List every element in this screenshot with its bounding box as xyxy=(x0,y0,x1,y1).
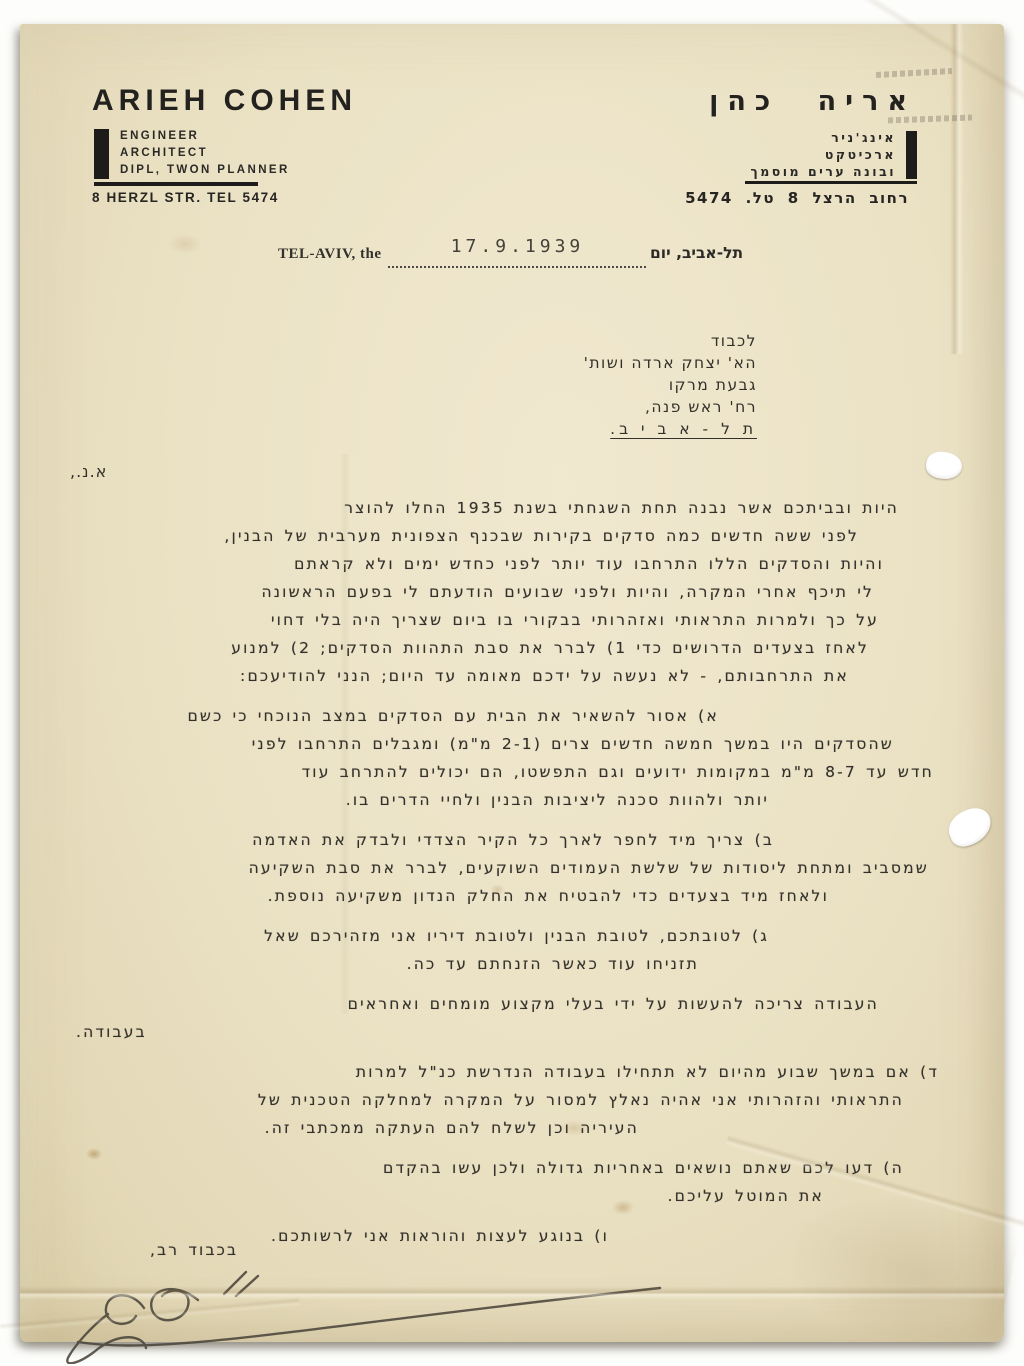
stain-spot xyxy=(612,1200,634,1215)
letterhead-en-accent-bar xyxy=(94,129,109,179)
body-line: העיריה וכן לשלח להם העתקה ממכתבי זה. xyxy=(72,1114,944,1142)
body-line: לאחז בצעדים הדרושים כדי 1) לברר את סבת ה… xyxy=(72,634,944,662)
body-line: העבודה צריכה להעשות על ידי בעלי מקצוע מו… xyxy=(72,990,944,1018)
letterhead-he-title-line: ובונה ערים מוסמך xyxy=(751,163,897,180)
body-line-section-a: א) אסור להשאיר את הבית עם הסדקים במצב הנ… xyxy=(72,702,944,730)
recipient-line: רח' ראש פנה, xyxy=(427,396,757,418)
recipient-city: ת ל - א ב י ב. xyxy=(427,418,757,440)
letterhead-en-name: ARIEH COHEN xyxy=(92,84,357,118)
body-line-section-d: ד) אם במשך שבוע מהיום לא תתחילו בעבודה ה… xyxy=(72,1058,944,1086)
stain-spot xyxy=(490,884,505,895)
scanned-letter-page: { "letterhead_en": { "name": "ARIEH COHE… xyxy=(0,0,1024,1366)
letterhead-en-title-line: DIPL, TWON PLANNER xyxy=(120,162,290,179)
stain-spot xyxy=(168,234,202,254)
letter-paper: ARIEH COHEN ENGINEER ARCHITECT DIPL, TWO… xyxy=(20,24,1004,1342)
letterhead-en-title-line: ARCHITECT xyxy=(120,145,290,162)
letterhead-en-title-line: ENGINEER xyxy=(120,128,290,145)
body-line: היות ובביתכם אשר נבנה תחת השגחתי בשנת 19… xyxy=(72,494,944,522)
body-line: שמסביב ומתחת ליסודות של שלשת העמודים השו… xyxy=(72,854,944,882)
body-line: ולאחז מיד בצעדים כדי להבטיח את החלק הנדו… xyxy=(72,882,944,910)
letterhead-he-accent-bar xyxy=(906,131,917,179)
wrinkle-shading xyxy=(767,1172,1023,1366)
stain-spot xyxy=(560,1120,588,1136)
body-line: תזניחו עוד כאשר הזנחתם עד כה. xyxy=(72,950,944,978)
letterhead-he-title-line: ארכיטקט xyxy=(751,146,897,163)
pencil-mark xyxy=(876,68,952,78)
dateline-prefix-en: TEL-AVIV, the xyxy=(278,246,381,263)
recipient-line: גבעת מרקו xyxy=(427,374,757,396)
letter-body: היות ובביתכם אשר נבנה תחת השגחתי בשנת 19… xyxy=(72,494,944,1264)
letterhead-en-titles: ENGINEER ARCHITECT DIPL, TWON PLANNER xyxy=(120,128,290,179)
body-line: והיות והסדקים הללו התרחבו עוד יותר לפני … xyxy=(72,550,944,578)
letterhead-he-address: רחוב הרצל 8 טל. 5474 xyxy=(685,189,909,207)
body-line: בעבודה. xyxy=(72,1018,944,1046)
handwritten-signature xyxy=(48,1260,688,1364)
paper-tear xyxy=(924,450,963,482)
letterhead-he-name: אריה כהן xyxy=(709,86,916,117)
body-line-section-c: ג) לטובתכם, לטובת הבנין ולטובת דיריו אני… xyxy=(72,922,944,950)
body-line: על כך ולמרות התראותי ואזהרותי בבקורי בו … xyxy=(72,606,944,634)
body-line: התראותי והזהרותי אני אהיה נאלץ למסור על … xyxy=(72,1086,944,1114)
body-line: שהסדקים היו במשך חמשה חדשים צרים (2-1 מ"… xyxy=(72,730,944,758)
letterhead-en-address: 8 HERZL STR. TEL 5474 xyxy=(92,190,279,205)
letterhead-he-rule xyxy=(745,181,917,184)
body-line: לי תיכף אחרי המקרה, והיות ולפני שבועים ה… xyxy=(72,578,944,606)
body-line: לפני ששה חדשים כמה סדקים בקירות שבכנף הצ… xyxy=(72,522,944,550)
recipient-line: לכבוד xyxy=(427,330,757,352)
greeting: א.נ., xyxy=(70,462,107,481)
letterhead-he-titles: אינג'ניר ארכיטקט ובונה ערים מוסמך xyxy=(751,129,897,180)
stain-spot xyxy=(86,1148,102,1160)
body-line-section-b: ב) צריך מיד לחפר לארך כל הקיר הצדדי ולבד… xyxy=(72,826,944,854)
body-line: חדש עד 8-7 מ"מ במקומות ידועים וגם התפשטו… xyxy=(72,758,944,786)
letterhead-he-title-line: אינג'ניר xyxy=(751,129,897,146)
dateline-prefix-he: תל-אביב, יום xyxy=(650,244,743,262)
paper-tear xyxy=(943,803,997,851)
recipient-address-block: לכבוד הא' יצחק ארדה ושות' גבעת מרקו רח' … xyxy=(427,330,757,440)
body-line: יותר ולהוות סכנה ליציבות הבנין ולחיי הדר… xyxy=(72,786,944,814)
letterhead-en-rule xyxy=(94,182,258,186)
recipient-line: הא' יצחק ארדה ושות' xyxy=(427,352,757,374)
typed-date: 17.9.1939 xyxy=(390,236,645,257)
body-line: את התרחבותם, - לא נעשה על ידכם מאומה עד … xyxy=(72,662,944,690)
